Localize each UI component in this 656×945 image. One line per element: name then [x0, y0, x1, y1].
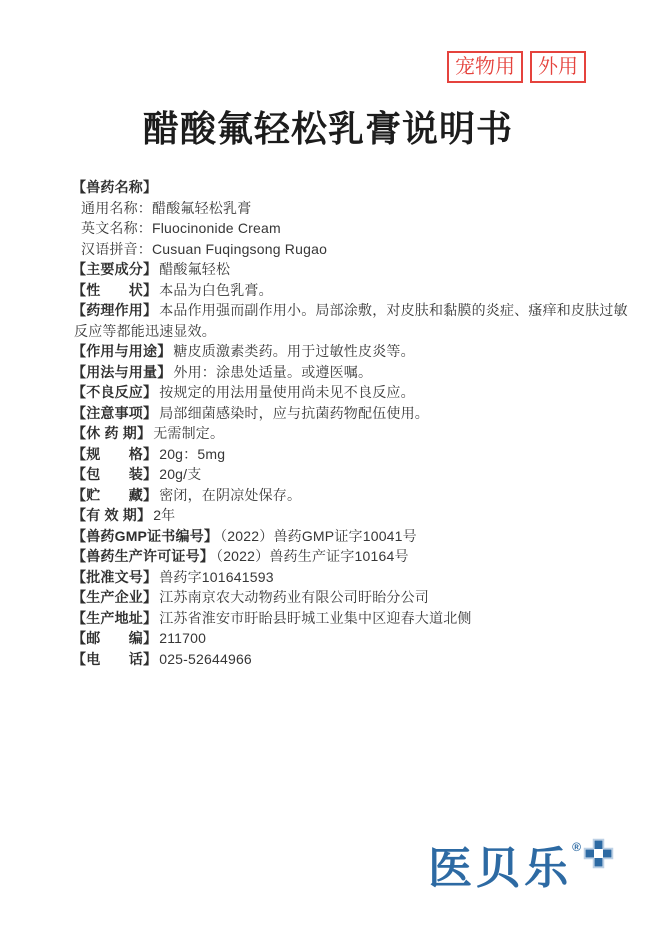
field-value: （2022）兽药生产证字10164号: [216, 548, 409, 564]
field-value: 江苏省淮安市盱眙县盱城工业集中区迎春大道北侧: [159, 610, 471, 626]
page-title: 醋酸氟轻松乳膏说明书: [0, 101, 656, 152]
field-label: 【休 药 期】: [72, 425, 151, 441]
tag-pet-use: 宠物用: [447, 51, 523, 83]
usage-tags: 宠物用 外用: [447, 51, 586, 83]
field-label: 【包 装】: [72, 466, 157, 482]
field-label: 【主要成分】: [72, 261, 157, 277]
spec-line: 【生产地址】江苏省淮安市盱眙县盱城工业集中区迎春大道北侧: [72, 608, 592, 629]
field-value: 醋酸氟轻松: [159, 261, 230, 277]
field-label: 【兽药生产许可证号】: [72, 548, 214, 564]
spec-line: 【批准文号】兽药字101641593: [72, 567, 592, 588]
spec-line: 【包 装】20g/支: [72, 464, 592, 485]
field-label: 【批准文号】: [72, 569, 157, 585]
spec-line: 【生产企业】江苏南京农大动物药业有限公司盱眙分公司: [72, 587, 592, 608]
spec-line: 汉语拼音：Cusuan Fuqingsong Rugao: [72, 239, 592, 260]
field-value: （2022）兽药GMP证字10041号: [220, 528, 417, 544]
field-label: 【作用与用途】: [72, 343, 171, 359]
field-label: 【规 格】: [72, 446, 157, 462]
field-value: 20g：5mg: [159, 446, 225, 462]
brand-logo: 医贝乐 ®: [428, 839, 614, 891]
field-label: 【贮 藏】: [72, 487, 157, 503]
field-label: 【药理作用】: [72, 302, 157, 318]
field-value: 局部细菌感染时，应与抗菌药物配伍使用。: [159, 405, 429, 421]
spec-line: 【药理作用】本品作用强而副作用小。局部涂敷，对皮肤和黏膜的炎症、瘙痒和皮肤过敏: [72, 300, 592, 321]
field-label: 【不良反应】: [72, 384, 157, 400]
field-value: 20g/支: [159, 466, 201, 482]
spec-line: 【不良反应】按规定的用法用量使用尚未见不良反应。: [72, 382, 592, 403]
spec-line: 【邮 编】211700: [72, 628, 592, 649]
spec-line: 英文名称：Fluocinonide Cream: [72, 218, 592, 239]
field-label: 【邮 编】: [72, 630, 157, 646]
spec-line: 【规 格】20g：5mg: [72, 444, 592, 465]
field-value: 反应等都能迅速显效。: [74, 323, 216, 339]
brand-name: 医贝乐: [428, 847, 572, 891]
spec-line: 【主要成分】醋酸氟轻松: [72, 259, 592, 280]
spec-line: 【贮 藏】密闭，在阴凉处保存。: [72, 485, 592, 506]
field-value: 025-52644966: [159, 651, 252, 667]
spec-line: 通用名称：醋酸氟轻松乳膏: [72, 198, 592, 219]
spec-line: 【有 效 期】2年: [72, 505, 592, 526]
tag-external-use: 外用: [530, 51, 586, 83]
spec-line: 【兽药GMP证书编号】（2022）兽药GMP证字10041号: [72, 526, 592, 547]
spec-line: 反应等都能迅速显效。: [72, 321, 592, 342]
field-label: 【兽药名称】: [72, 179, 157, 195]
spec-line: 【注意事项】局部细菌感染时，应与抗菌药物配伍使用。: [72, 403, 592, 424]
field-value: 211700: [159, 630, 206, 646]
field-value: 本品作用强而副作用小。局部涂敷，对皮肤和黏膜的炎症、瘙痒和皮肤过敏: [159, 302, 628, 318]
medical-cross-icon: [583, 838, 614, 869]
spec-line: 【用法与用量】外用：涂患处适量。或遵医嘱。: [72, 362, 592, 383]
registered-trademark: ®: [572, 840, 581, 854]
field-value: 无需制定。: [153, 425, 224, 441]
field-value: 英文名称：Fluocinonide Cream: [81, 220, 281, 236]
field-label: 【注意事项】: [72, 405, 157, 421]
spec-line: 【作用与用途】糖皮质激素类药。用于过敏性皮炎等。: [72, 341, 592, 362]
leaflet-page: 宠物用 外用 醋酸氟轻松乳膏说明书 【兽药名称】通用名称：醋酸氟轻松乳膏英文名称…: [0, 0, 656, 945]
field-value: 外用：涂患处适量。或遵医嘱。: [173, 364, 372, 380]
field-label: 【用法与用量】: [72, 364, 171, 380]
field-value: 兽药字101641593: [159, 569, 273, 585]
field-label: 【生产企业】: [72, 589, 157, 605]
field-value: 江苏南京农大动物药业有限公司盱眙分公司: [159, 589, 429, 605]
field-value: 2年: [153, 507, 175, 523]
spec-line: 【兽药生产许可证号】（2022）兽药生产证字10164号: [72, 546, 592, 567]
field-label: 【性 状】: [72, 282, 157, 298]
field-label: 【电 话】: [72, 651, 157, 667]
field-label: 【生产地址】: [72, 610, 157, 626]
field-value: 密闭，在阴凉处保存。: [159, 487, 301, 503]
field-value: 通用名称：醋酸氟轻松乳膏: [81, 200, 251, 216]
spec-line: 【兽药名称】: [72, 177, 592, 198]
field-value: 本品为白色乳膏。: [159, 282, 273, 298]
field-value: 汉语拼音：Cusuan Fuqingsong Rugao: [81, 241, 327, 257]
field-label: 【兽药GMP证书编号】: [72, 528, 218, 544]
spec-line: 【性 状】本品为白色乳膏。: [72, 280, 592, 301]
spec-line: 【电 话】025-52644966: [72, 649, 592, 670]
field-label: 【有 效 期】: [72, 507, 151, 523]
spec-list: 【兽药名称】通用名称：醋酸氟轻松乳膏英文名称：Fluocinonide Crea…: [72, 177, 592, 669]
field-value: 糖皮质激素类药。用于过敏性皮炎等。: [173, 343, 414, 359]
spec-line: 【休 药 期】无需制定。: [72, 423, 592, 444]
field-value: 按规定的用法用量使用尚未见不良反应。: [159, 384, 415, 400]
